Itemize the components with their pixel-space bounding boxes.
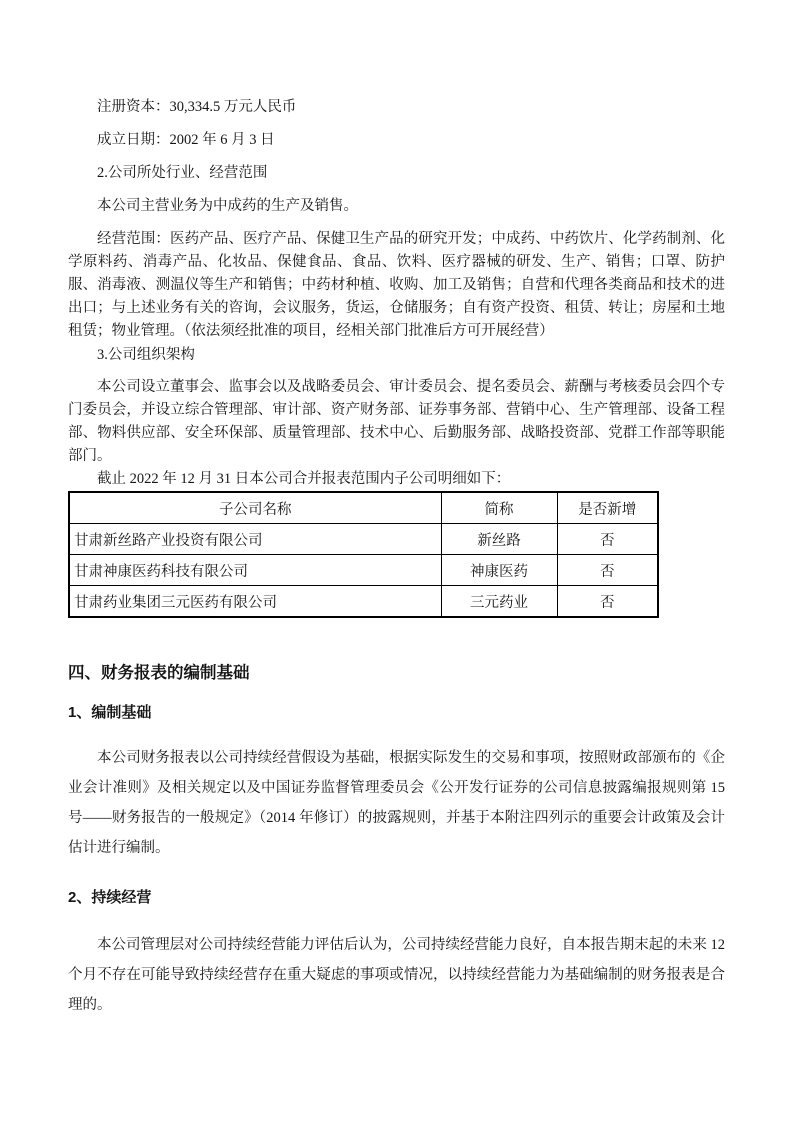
short-name-cell: 新丝路 (441, 524, 557, 555)
establish-date-line: 成立日期：2002 年 6 月 3 日 (68, 129, 725, 152)
subsidiary-name-cell: 甘肃药业集团三元医药有限公司 (69, 586, 441, 618)
document-page: 注册资本：30,334.5 万元人民币 成立日期：2002 年 6 月 3 日 … (0, 0, 793, 1122)
table-row: 甘肃药业集团三元医药有限公司 三元药业 否 (69, 586, 658, 618)
going-concern-paragraph: 本公司管理层对公司持续经营能力评估后认为，公司持续经营能力良好，自本报告期末起的… (68, 930, 725, 1020)
is-new-cell: 否 (557, 586, 658, 618)
main-business-line: 本公司主营业务为中成药的生产及销售。 (68, 195, 725, 218)
preparation-basis-heading: 1、编制基础 (68, 703, 725, 723)
short-name-cell: 神康医药 (441, 555, 557, 586)
is-new-cell: 否 (557, 555, 658, 586)
col-header-short-name: 简称 (441, 492, 557, 524)
short-name-cell: 三元药业 (441, 586, 557, 618)
subsidiaries-table: 子公司名称 简称 是否新增 甘肃新丝路产业投资有限公司 新丝路 否 甘肃神康医药… (68, 491, 659, 618)
subsidiaries-table-intro: 截止 2022 年 12 月 31 日本公司合并报表范围内子公司明细如下： (68, 468, 725, 491)
col-header-is-new: 是否新增 (557, 492, 658, 524)
preparation-basis-paragraph: 本公司财务报表以公司持续经营假设为基础，根据实际发生的交易和事项，按照财政部颁布… (68, 743, 725, 863)
subsidiary-name-cell: 甘肃神康医药科技有限公司 (69, 555, 441, 586)
is-new-cell: 否 (557, 524, 658, 555)
registered-capital-line: 注册资本：30,334.5 万元人民币 (68, 96, 725, 119)
table-row: 甘肃新丝路产业投资有限公司 新丝路 否 (69, 524, 658, 555)
col-header-subsidiary-name: 子公司名称 (69, 492, 441, 524)
table-row: 甘肃神康医药科技有限公司 神康医药 否 (69, 555, 658, 586)
subsidiary-name-cell: 甘肃新丝路产业投资有限公司 (69, 524, 441, 555)
org-structure-heading: 3.公司组织架构 (68, 344, 725, 367)
going-concern-heading: 2、持续经营 (68, 888, 725, 908)
business-scope-paragraph: 经营范围：医药产品、医疗产品、保健卫生产品的研究开发；中成药、中药饮片、化学药制… (68, 228, 725, 343)
industry-scope-heading: 2.公司所处行业、经营范围 (68, 162, 725, 185)
table-header-row: 子公司名称 简称 是否新增 (69, 492, 658, 524)
org-structure-paragraph: 本公司设立董事会、监事会以及战略委员会、审计委员会、提名委员会、薪酬与考核委员会… (68, 376, 725, 468)
section4-heading: 四、财务报表的编制基础 (68, 663, 725, 683)
